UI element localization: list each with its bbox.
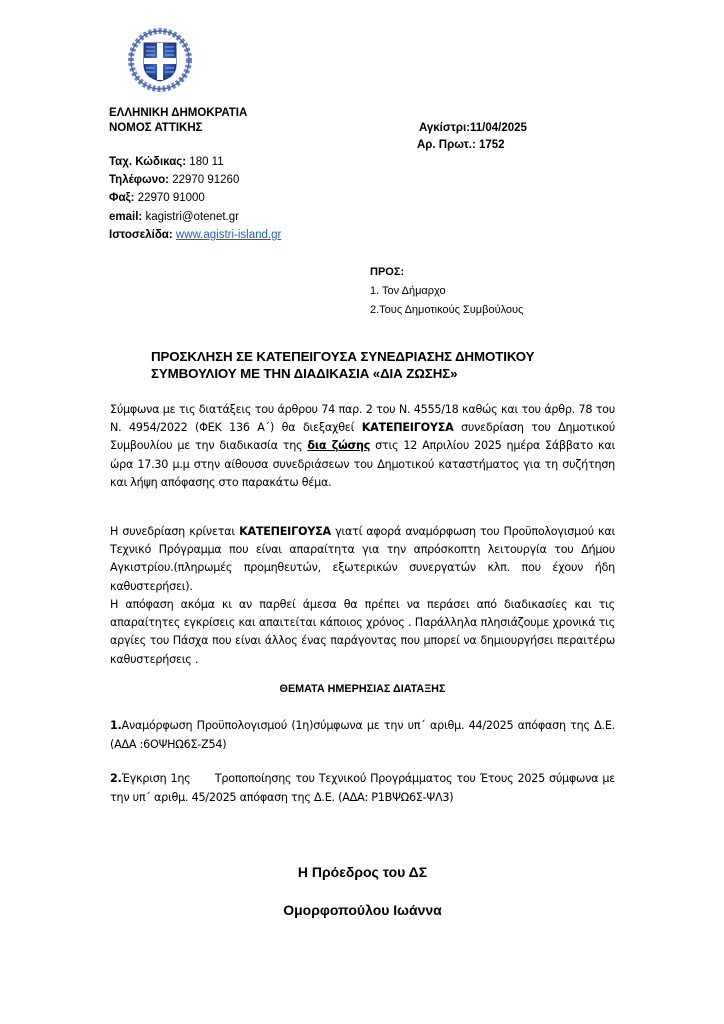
agenda-item: 1.Αναμόρφωση Προϋπολογισμού (1η)σύμφωνα … (110, 716, 615, 754)
org-line-1: ΕΛΛΗΝΙΚΗ ΔΗΜΟΚΡΑΤΙΑ (109, 106, 247, 121)
phone-label: Τηλέφωνο (109, 174, 165, 186)
postal-code-row: Ταχ. Κώδικας: 180 11 (109, 153, 281, 171)
agenda-item-text: Έγκριση 1ης Τροποποίησης του Τεχνικού Πρ… (110, 772, 618, 804)
title-line-2: ΣΥΜΒΟΥΛΙΟΥ ΜΕ ΤΗΝ ΔΙΑΔΙΚΑΣΙΑ «ΔΙΑ ΖΩΣΗΣ» (151, 365, 601, 382)
document-title: ΠΡΟΣΚΛΗΣΗ ΣΕ ΚΑΤΕΠΕΙΓΟΥΣΑ ΣΥΝΕΔΡΙΑΣΗΣ ΔΗ… (151, 348, 601, 382)
postal-code-value: 180 11 (186, 156, 224, 168)
paragraph-convocation: Σύμφωνα με τις διατάξεις του άρθρου 74 π… (110, 401, 615, 492)
website-row: Ιστοσελίδα: www.agistri-island.gr (109, 226, 281, 244)
phone-row: Τηλέφωνο: 22970 91260 (109, 171, 281, 189)
phone-value: 22970 91260 (169, 174, 239, 186)
recipients-block: ΠΡΟΣ: 1. Τον Δήμαρχο 2.Τους Δημοτικούς Σ… (370, 263, 523, 320)
website-label: Ιστοσελίδα (109, 229, 169, 241)
org-line-2: ΝΟΜΟΣ ΑΤΤΙΚΗΣ (109, 121, 247, 136)
agenda-item-number: 1. (110, 719, 122, 732)
text: Η συνεδρίαση κρίνεται (110, 525, 239, 538)
in-person-emphasis: δια ζώσης (307, 439, 370, 452)
greek-coat-of-arms-icon (127, 27, 193, 93)
agenda-item-text: Αναμόρφωση Προϋπολογισμού (1η)σύμφωνα με… (110, 719, 615, 751)
protocol-number: Αρ. Πρωτ.: 1752 (417, 137, 527, 154)
website-link[interactable]: www.agistri-island.gr (176, 229, 281, 241)
date-protocol-block: Αγκίστρι:11/04/2025 Αρ. Πρωτ.: 1752 (417, 120, 527, 154)
postal-code-label: Ταχ. Κώδικας (109, 156, 182, 168)
email-label: email (109, 211, 138, 223)
signatory-name: Ομορφοπούλου Ιωάννα (110, 902, 615, 918)
signatory-role: Η Πρόεδρος του ΔΣ (110, 864, 615, 880)
fax-value: 22970 91000 (134, 192, 204, 204)
text: Η απόφαση ακόμα κι αν παρθεί άμεσα θα πρ… (110, 598, 615, 666)
email-value: kagistri@otenet.gr (142, 211, 239, 223)
contact-block: Ταχ. Κώδικας: 180 11 Τηλέφωνο: 22970 912… (109, 153, 281, 244)
agenda-title: ΘΕΜΑΤΑ ΗΜΕΡΗΣΙΑΣ ΔΙΑΤΑΞΗΣ (110, 683, 615, 695)
recipients-title: ΠΡΟΣ: (370, 263, 523, 282)
recipient-item: 2.Τους Δημοτικούς Συμβούλους (370, 301, 523, 320)
agenda-item-number: 2. (110, 772, 122, 785)
issuer-block: ΕΛΛΗΝΙΚΗ ΔΗΜΟΚΡΑΤΙΑ ΝΟΜΟΣ ΑΤΤΙΚΗΣ (109, 106, 247, 136)
email-row: email: kagistri@otenet.gr (109, 208, 281, 226)
place-date: Αγκίστρι:11/04/2025 (417, 120, 527, 137)
title-line-1: ΠΡΟΣΚΛΗΣΗ ΣΕ ΚΑΤΕΠΕΙΓΟΥΣΑ ΣΥΝΕΔΡΙΑΣΗΣ ΔΗ… (151, 348, 601, 365)
recipient-item: 1. Τον Δήμαρχο (370, 282, 523, 301)
paragraph-urgency-reason: Η συνεδρίαση κρίνεται ΚΑΤΕΠΕΙΓΟΥΣΑ γιατί… (110, 523, 615, 596)
fax-label: Φαξ (109, 192, 131, 204)
urgent-emphasis: ΚΑΤΕΠΕΙΓΟΥΣΑ (239, 525, 331, 538)
urgent-emphasis: ΚΑΤΕΠΕΙΓΟΥΣΑ (362, 421, 454, 434)
paragraph-timing: Η απόφαση ακόμα κι αν παρθεί άμεσα θα πρ… (110, 596, 615, 669)
agenda-item: 2.Έγκριση 1ης Τροποποίησης του Τεχνικού … (110, 769, 615, 807)
fax-row: Φαξ: 22970 91000 (109, 189, 281, 207)
